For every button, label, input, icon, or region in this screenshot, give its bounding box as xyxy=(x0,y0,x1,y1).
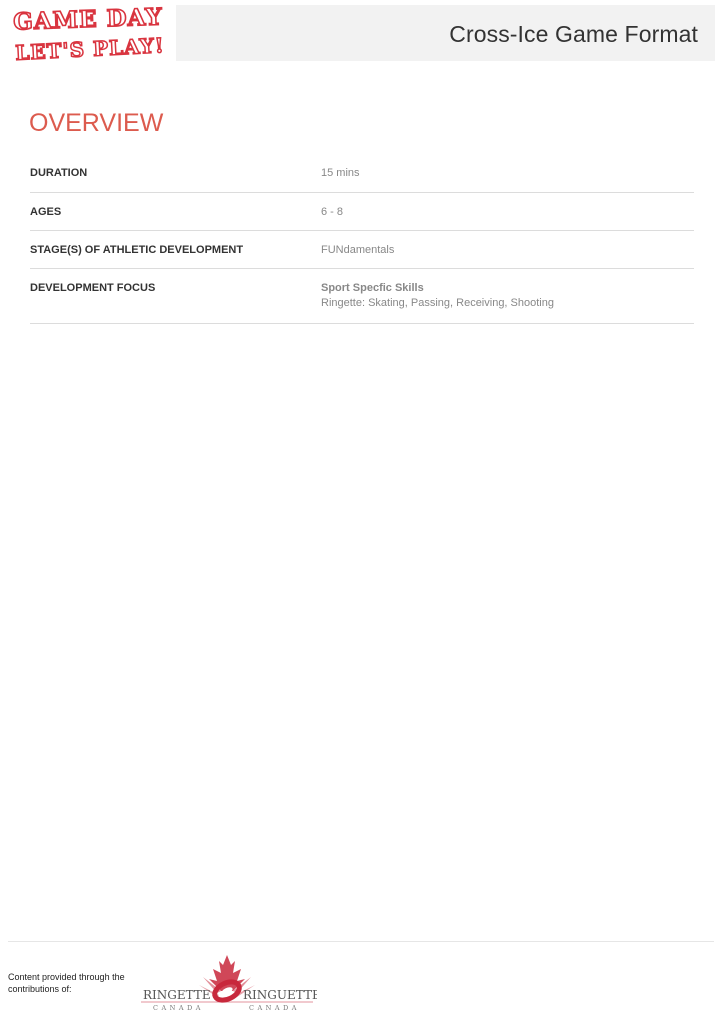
table-row-ages: AGES 6 - 8 xyxy=(30,193,694,231)
partner-country-en: CANADA xyxy=(153,1004,204,1012)
overview-table: DURATION 15 mins AGES 6 - 8 STAGE(S) OF … xyxy=(30,154,694,324)
row-label: DURATION xyxy=(30,167,87,179)
game-day-logo: GAME DAY LET'S PLAY! xyxy=(6,2,170,64)
row-value: 6 - 8 xyxy=(321,206,343,218)
partner-country-fr: CANADA xyxy=(249,1004,300,1012)
page-title: Cross-Ice Game Format xyxy=(449,21,698,48)
row-sub-value: Ringette: Skating, Passing, Receiving, S… xyxy=(321,297,554,309)
row-value: 15 mins xyxy=(321,167,360,179)
footer-divider xyxy=(8,941,714,942)
ringette-canada-logo: RINGETTE RINGUETTE CANADA CANADA xyxy=(137,951,317,1013)
partner-name-fr: RINGUETTE xyxy=(243,988,317,1002)
footer-credit-text: Content provided through the contributio… xyxy=(8,971,128,995)
maple-leaf-ring-icon: RINGETTE RINGUETTE CANADA CANADA xyxy=(137,951,317,1013)
logo-line-1: GAME DAY xyxy=(13,3,163,35)
table-row-stages: STAGE(S) OF ATHLETIC DEVELOPMENT FUNdame… xyxy=(30,231,694,269)
logo-line-2: LET'S PLAY! xyxy=(15,33,165,64)
game-day-logo-graphic: GAME DAY LET'S PLAY! xyxy=(6,2,170,64)
table-row-development-focus: DEVELOPMENT FOCUS Sport Specfic Skills R… xyxy=(30,269,694,324)
row-value: Sport Specfic Skills xyxy=(321,282,424,294)
table-row-duration: DURATION 15 mins xyxy=(30,154,694,193)
row-label: DEVELOPMENT FOCUS xyxy=(30,282,155,294)
row-label: STAGE(S) OF ATHLETIC DEVELOPMENT xyxy=(30,244,243,256)
row-label: AGES xyxy=(30,206,61,218)
row-value: FUNdamentals xyxy=(321,244,394,256)
partner-name-en: RINGETTE xyxy=(143,988,211,1002)
header-bar: Cross-Ice Game Format xyxy=(176,5,715,61)
overview-heading: OVERVIEW xyxy=(29,109,163,138)
